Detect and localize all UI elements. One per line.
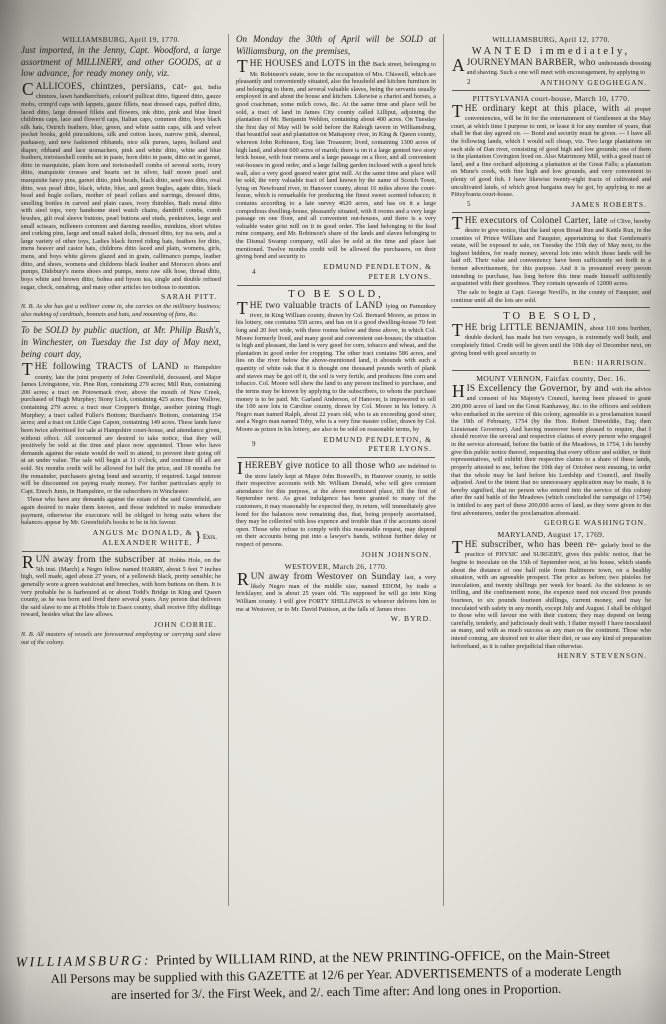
newspaper-column: WILLIAMSBURG, April 12, 1770.WANTED imme… <box>443 34 658 906</box>
section-rule <box>452 90 650 91</box>
ad-paragraph: THE executors of Colonel Carter, late of… <box>451 216 651 288</box>
ad-heading: WANTED immediately, <box>451 46 651 57</box>
ad-opening: HE brig LITTLE BENJAMIN, <box>465 323 590 333</box>
ad-paragraph-text: are indebted to the store lately kept at… <box>236 463 436 548</box>
ad-signature: EDMUND PENDLETON, &PETER LYONS. <box>323 435 432 455</box>
ad-signature-text: HENRY STEVENSON. <box>557 651 647 660</box>
newspaper-page: WILLIAMSBURG, April 19, 1770.Just import… <box>0 0 666 1024</box>
ad-paragraph-text: with the advice and consent of his Majes… <box>451 386 651 516</box>
ad-signature: GEORGE WASHINGTON. <box>451 518 647 527</box>
advertisement: WILLIAMSBURG, April 19, 1770.Just import… <box>21 35 221 318</box>
ad-signature-group: 9EDMUND PENDLETON, &PETER LYONS. <box>236 435 432 455</box>
ad-signature: 5JAMES ROBERTS. <box>451 200 647 209</box>
ad-signature-line: EDMUND PENDLETON, & <box>323 435 432 445</box>
ad-paragraph-text: in Hampshire county, late the joint prop… <box>21 364 221 494</box>
ad-paragraph: THE two valuable tracts of LAND lying on… <box>236 301 436 434</box>
ad-paragraph-text: The sale to begin at Capt. George Nevill… <box>451 289 651 304</box>
ad-signature-suffix: Exrs. <box>203 534 217 541</box>
advertisement: MOUNT VERNON, Fairfax county, Dec. 16.HI… <box>451 374 651 527</box>
ad-heading: TO BE SOLD, <box>236 289 436 300</box>
section-rule <box>452 370 650 371</box>
ad-signature-text: GEORGE WASHINGTON. <box>544 518 647 527</box>
advertisement: RUN away from the subscriber at Hobbs Ho… <box>21 555 221 647</box>
drop-cap-letter: C <box>21 82 36 96</box>
ad-signature-line: EDMUND PENDLETON, & <box>323 262 432 272</box>
ad-signature-line: PETER LYONS. <box>323 444 432 454</box>
drop-cap-letter: T <box>236 301 250 315</box>
advertisement: TO BE SOLD,THE brig LITTLE BENJAMIN, abo… <box>451 311 651 367</box>
ad-signature-group: 4EDMUND PENDLETON, &PETER LYONS. <box>236 262 432 282</box>
ad-paragraph: THE subscriber, who has been re- gularly… <box>451 540 651 650</box>
advertisement: MARYLAND, August 17, 1769.THE subscriber… <box>451 530 651 660</box>
ad-paragraph: The sale to begin at Capt. George Nevill… <box>451 289 651 304</box>
ad-lead: To be SOLD by public auction, at Mr. Phi… <box>21 325 221 360</box>
drop-cap-letter: A <box>451 58 467 72</box>
advertisement: On Monday the 30th of April will be SOLD… <box>236 34 436 282</box>
advertisement: WESTOVER, March 26, 1770.RUN away from W… <box>236 562 436 624</box>
ad-paragraph: RUN away from the subscriber at Hobbs Ho… <box>21 555 221 620</box>
drop-cap-letter: H <box>451 384 467 398</box>
ad-lead: Just imported, in the Jenny, Capt. Woodf… <box>21 45 221 80</box>
ad-paragraph-text: of Clive, hereby desire to give notice, … <box>451 218 651 288</box>
ad-signature: W. BYRD. <box>236 614 432 623</box>
newspaper-column: WILLIAMSBURG, April 19, 1770.Just import… <box>14 34 228 906</box>
ad-paragraph: Those who have any demands against the e… <box>21 496 221 526</box>
ad-paragraph: THE following TRACTS of LAND in Hampshir… <box>21 362 221 495</box>
ad-heading: TO BE SOLD, <box>451 311 651 322</box>
ad-signature: EDMUND PENDLETON, &PETER LYONS. <box>323 262 432 282</box>
newspaper-column: On Monday the 30th of April will be SOLD… <box>228 34 443 906</box>
ad-dateline: MOUNT VERNON, Fairfax county, Dec. 16. <box>451 374 651 383</box>
ad-paragraph-text: gularly bred to the practice of PHYSIC a… <box>451 542 651 650</box>
ad-opening: HE following TRACTS of LAND <box>35 362 184 372</box>
ad-signature: JOHN CORRIE. <box>21 620 217 629</box>
drop-cap-letter: T <box>236 59 250 73</box>
masthead-text: WILLIAMSBURG: <box>16 953 151 970</box>
ad-signature: JOHN JOHNSON. <box>236 550 432 559</box>
ad-signature-line: ALEXANDER WHITE, <box>93 538 193 548</box>
ad-signature-text: ANTHONY GEOGHEGAN. <box>540 78 647 87</box>
ad-dateline: MARYLAND, August 17, 1769. <box>451 530 651 539</box>
ad-paragraph: IHEREBY give notice to all those who are… <box>236 461 436 548</box>
ad-paragraph: THE ordinary kept at this place, with al… <box>451 104 651 199</box>
drop-cap-letter: I <box>236 461 245 475</box>
ad-dateline: WILLIAMSBURG, April 12, 1770. <box>451 35 651 44</box>
section-rule <box>22 551 220 552</box>
drop-cap-letter: T <box>451 540 465 554</box>
ad-signature: HENRY STEVENSON. <box>451 651 647 660</box>
drop-cap-letter: R <box>236 572 251 586</box>
drop-cap-letter: T <box>451 323 465 337</box>
section-rule <box>237 285 435 286</box>
ad-signature-text: JOHN CORRIE. <box>154 620 217 629</box>
ad-signature: ANGUS Mc DONALD, &ALEXANDER WHITE, <box>93 528 193 548</box>
ad-opening: HEREBY give notice to all those who <box>245 461 398 471</box>
ad-signature-line: PETER LYONS. <box>323 272 432 282</box>
imprint-footer: WILLIAMSBURG:Printed by WILLIAM RIND, at… <box>16 946 657 1005</box>
ad-paragraph: THE brig LITTLE BENJAMIN, about 110 tons… <box>451 323 651 357</box>
advertisement: PITTSYLVANIA court-house, March 10, 1770… <box>451 94 651 209</box>
drop-cap-letter: T <box>451 216 465 230</box>
ad-paragraph: RUN away from Westover on Sunday last, a… <box>236 572 436 614</box>
ad-number: 5 <box>467 200 471 208</box>
advertisement: IHEREBY give notice to all those who are… <box>236 461 436 558</box>
advertisement: TO BE SOLD,THE two valuable tracts of LA… <box>236 289 436 455</box>
ad-paragraph: HIS Excellency the Governor, by and with… <box>451 384 651 517</box>
ad-number: 4 <box>252 268 256 276</box>
ad-opening: HE ordinary kept at this place, with <box>465 104 625 114</box>
ad-opening: HE executors of Colonel Carter, late <box>465 216 610 226</box>
ad-number: 2 <box>467 78 471 86</box>
ad-paragraph-text: lying on Pamunkey river, in King William… <box>236 303 436 433</box>
ad-signature-text: BEN: HARRISON. <box>573 358 647 367</box>
ad-lead: On Monday the 30th of April will be SOLD… <box>236 34 436 57</box>
ad-signature: 2ANTHONY GEOGHEGAN. <box>451 78 647 87</box>
ad-paragraph-text: Those who have any demands against the e… <box>21 496 221 526</box>
drop-cap-letter: T <box>21 362 35 376</box>
ad-opening: UN away from Westover on Sunday <box>251 572 405 582</box>
drop-cap-letter: R <box>21 555 36 569</box>
ad-paragraph: AJOURNEYMAN BARBER, who understands dres… <box>451 58 651 77</box>
newspaper-columns: WILLIAMSBURG, April 19, 1770.Just import… <box>0 0 666 906</box>
ad-signature-line: ANGUS Mc DONALD, & <box>93 528 193 538</box>
ad-opening: ALLICOES, chintzes, persians, cat- <box>36 82 194 92</box>
ad-signature-text: JOHN JOHNSON. <box>361 550 432 559</box>
ad-paragraph-text: Hobbs Hole, on the 5th inst. (March) a N… <box>21 557 221 619</box>
ad-paragraph-text: all proper conveniencies, will be fit fo… <box>451 106 651 198</box>
ad-paragraph-text: Back street, belonging to Mr. Robinson's… <box>236 61 436 260</box>
ad-number: 9 <box>252 440 256 448</box>
advertisement: To be SOLD by public auction, at Mr. Phi… <box>21 325 221 547</box>
ad-opening: HE two valuable tracts of LAND <box>250 301 386 311</box>
section-rule <box>22 321 220 322</box>
ad-dateline: WILLIAMSBURG, April 19, 1770. <box>21 35 221 44</box>
brace-glyph: } <box>195 529 202 546</box>
ad-opening: JOURNEYMAN BARBER, who <box>467 58 599 68</box>
ad-paragraph: THE HOUSES and LOTS in the Back street, … <box>236 59 436 260</box>
advertisement: WILLIAMSBURG, April 12, 1770.WANTED imme… <box>451 35 651 87</box>
section-rule <box>452 307 650 308</box>
ad-dateline: PITTSYLVANIA court-house, March 10, 1770… <box>451 94 651 103</box>
ad-dateline: WESTOVER, March 26, 1770. <box>236 562 436 571</box>
section-rule <box>237 457 435 458</box>
ad-signature-text: SARAH PITT. <box>161 292 217 301</box>
ad-paragraph: CALLICOES, chintzes, persians, cat- gut,… <box>21 82 221 291</box>
ad-postscript: N. B. All masters of vessels are forewar… <box>21 631 221 646</box>
ad-signature-group: ANGUS Mc DONALD, &ALEXANDER WHITE,}Exrs. <box>21 528 217 548</box>
advertisement: THE executors of Colonel Carter, late of… <box>451 216 651 304</box>
drop-cap-letter: T <box>451 104 465 118</box>
ad-opening: IS Excellency the Governor, by and <box>467 384 612 394</box>
ad-opening: UN away from the subscriber at <box>36 555 169 565</box>
section-rule <box>452 212 650 213</box>
ad-signature-text: W. BYRD. <box>391 614 432 623</box>
ad-paragraph-text: gut, India chintzes, lawn handkerchiefs,… <box>21 84 221 290</box>
ad-opening: HE subscriber, who has been re- <box>465 540 601 550</box>
ad-postscript: N. B. As she has got a milliner come in,… <box>21 303 221 318</box>
ad-signature-text: JAMES ROBERTS. <box>571 200 647 209</box>
ad-signature: SARAH PITT. <box>21 292 217 301</box>
ad-signature: BEN: HARRISON. <box>451 358 647 367</box>
ad-opening: HE HOUSES and LOTS in the <box>250 59 373 69</box>
